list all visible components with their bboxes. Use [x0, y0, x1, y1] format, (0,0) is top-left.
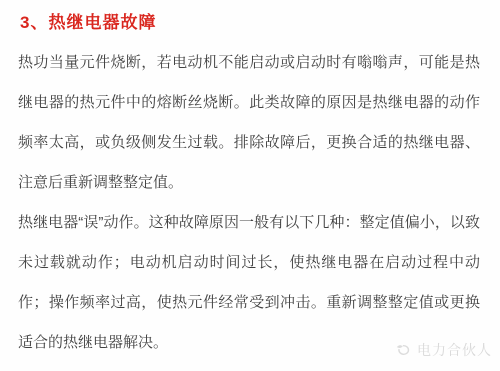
body-line: 热功当量元件烧断，若电动机不能启动或启动时有嗡嗡声，可能是热 — [18, 43, 480, 83]
body-line: 频率太高，或负级侧发生过载。排除故障后，更换合适的热继电器、 — [18, 123, 480, 163]
body-line: 继电器的热元件中的熔断丝烧断。此类故障的原因是热继电器的动作 — [18, 83, 480, 123]
body-line: 作；操作频率过高，使热元件经常受到冲击。重新调整整定值或更换 — [18, 283, 480, 323]
watermark: 电力合伙人 — [394, 340, 492, 360]
article-body: 热功当量元件烧断，若电动机不能启动或启动时有嗡嗡声，可能是热 继电器的热元件中的… — [18, 43, 480, 363]
body-line: 热继电器“误”动作。这种故障原因一般有以下几种：整定值偏小，以致 — [18, 203, 480, 243]
partner-logo-icon — [394, 341, 412, 359]
body-line: 未过载就动作；电动机启动时间过长，使热继电器在启动过程中动 — [18, 243, 480, 283]
article-page: 3、热继电器故障 热功当量元件烧断，若电动机不能启动或启动时有嗡嗡声，可能是热 … — [0, 0, 500, 371]
watermark-text: 电力合伙人 — [417, 340, 492, 360]
section-heading: 3、热继电器故障 — [20, 8, 156, 33]
body-line: 注意后重新调整整定值。 — [18, 163, 480, 203]
